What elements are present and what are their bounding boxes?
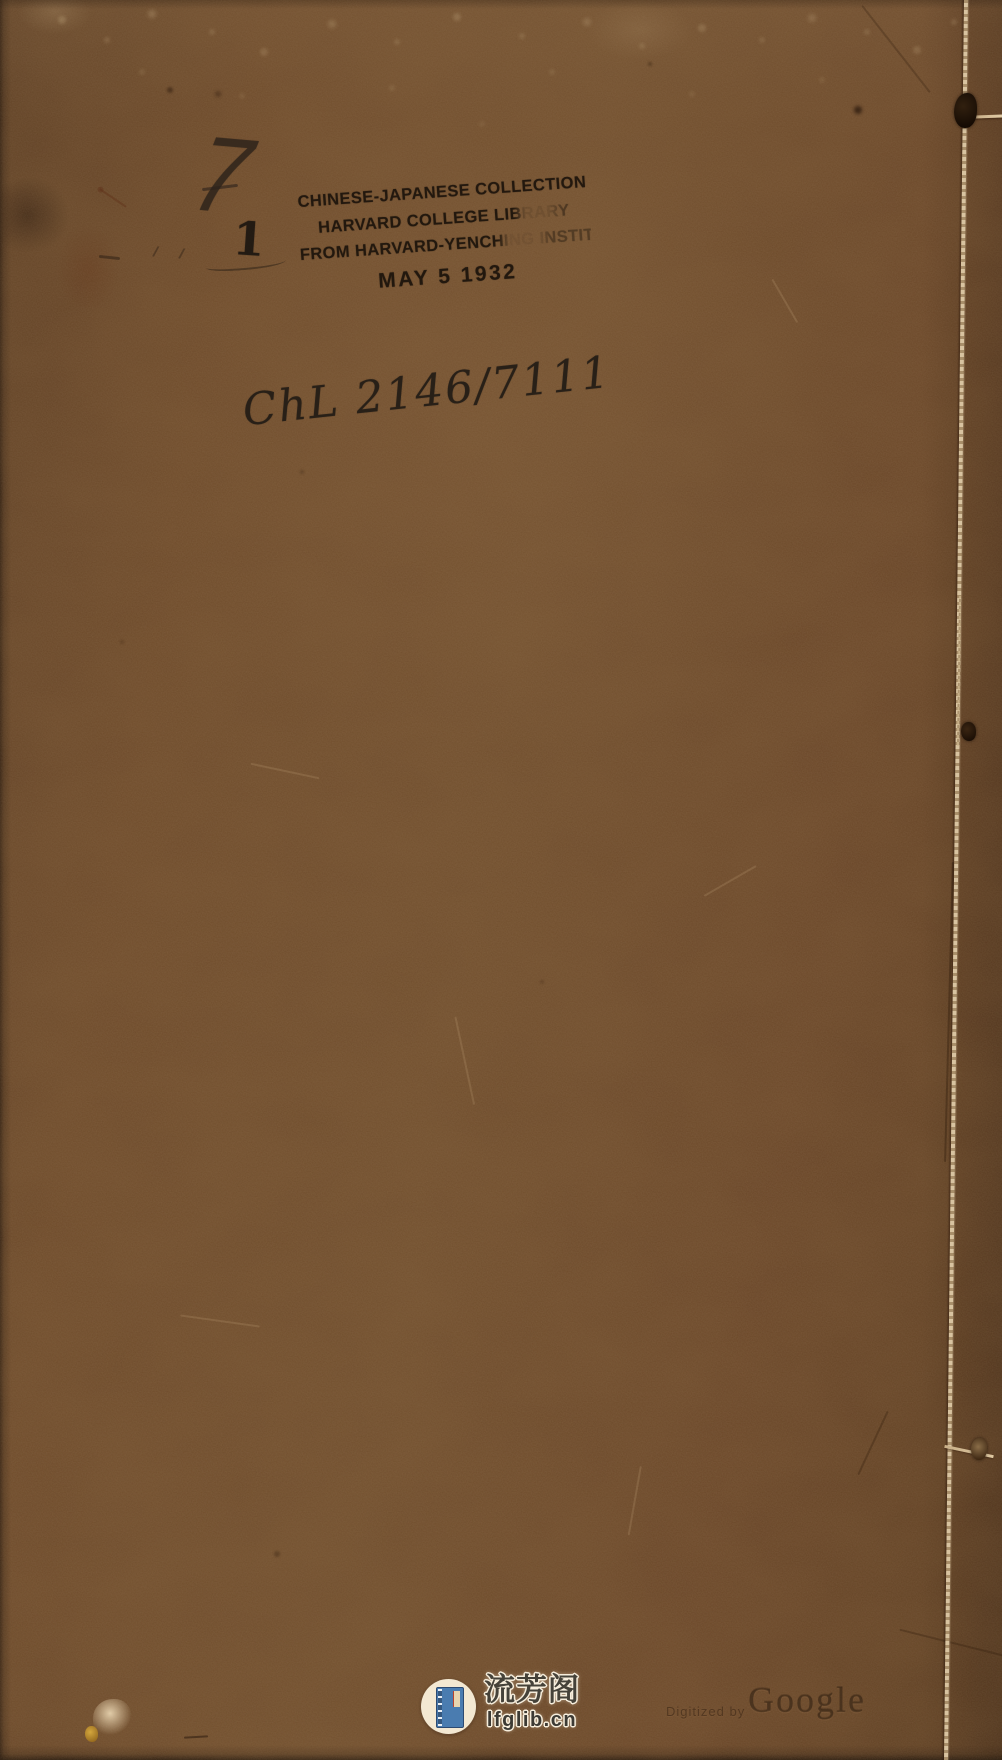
pencil-scribble — [99, 188, 127, 208]
paper-fiber — [180, 1314, 259, 1327]
paper-fiber — [772, 279, 798, 323]
cover-crease — [899, 1629, 1002, 1658]
lfglib-site-name: 流芳阁 — [483, 1672, 581, 1708]
pencil-scribble — [146, 245, 160, 256]
cover-crease — [861, 5, 930, 93]
binding-thread-horizontal — [975, 115, 1002, 119]
paper-fiber — [455, 1017, 475, 1105]
pencil-1-underline — [206, 255, 287, 273]
google-watermark: Google — [748, 1679, 866, 1721]
paper-fiber — [628, 1466, 642, 1535]
dark-flecks — [0, 0, 4, 4]
paper-chip — [93, 1699, 131, 1735]
cover-scratch — [184, 1735, 208, 1738]
book-spine-stitches — [438, 1689, 442, 1726]
book-icon — [436, 1687, 464, 1728]
binding-thread — [944, 0, 968, 1760]
paper-fiber — [251, 763, 320, 779]
pencil-scribble — [172, 247, 186, 258]
lfglib-watermark: 流芳阁 lfglib.cn — [483, 1672, 581, 1732]
digitized-by-text: Digitized by — [666, 1704, 745, 1719]
lfglib-site-url: lfglib.cn — [483, 1709, 581, 1732]
pencil-scribble — [99, 255, 120, 260]
yellow-spot — [85, 1726, 98, 1742]
binding-knot-middle — [961, 722, 976, 741]
binding-knot-top — [954, 93, 977, 128]
pencil-mark-1: 1 — [231, 215, 266, 263]
stamp-date: MAY 5 1932 — [301, 254, 594, 298]
library-stamp: CHINESE-JAPANESE COLLECTION HARVARD COLL… — [296, 174, 595, 299]
call-number: ChL 2146/7111 — [240, 347, 613, 436]
book-cover: 7 1 CHINESE-JAPANESE COLLECTION HARVARD … — [0, 0, 1002, 1760]
cover-crease — [857, 1411, 888, 1475]
binding-knot-bottom — [971, 1438, 987, 1460]
book-title-label — [453, 1691, 460, 1707]
paper-fiber — [704, 865, 757, 896]
lfglib-logo-badge — [421, 1679, 476, 1734]
